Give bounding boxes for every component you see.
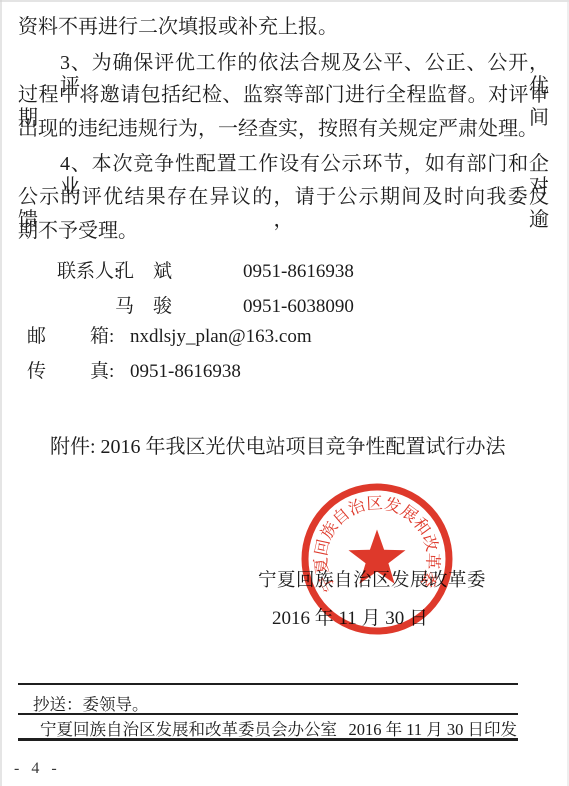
print-date: 2016 年 11 月 30 日印发 — [348, 716, 517, 740]
contact-name: 孔 斌 — [115, 261, 172, 283]
body-line: 出现的违纪违规行为，一经查实，按照有关规定严肃处理。 — [18, 118, 538, 141]
footer-rule-middle — [18, 713, 518, 715]
fax-number: 0951-8616938 — [130, 361, 241, 383]
seal-text: 宁夏回族自治区发展和改革委员会 — [298, 480, 442, 595]
body-line: 资料不再进行二次填报或补充上报。 — [18, 16, 338, 39]
contact-phone: 0951-8616938 — [243, 261, 354, 283]
body-line: 期不予受理。 — [18, 220, 138, 243]
email-label: 箱: — [90, 326, 114, 348]
issuing-office: 宁夏回族自治区发展和改革委员会办公室 — [40, 716, 337, 740]
footer-rule-bottom — [18, 738, 518, 741]
contact-name: 马 骏 — [115, 296, 172, 318]
contact-row: 联系人: 孔 斌 0951-8616938 — [0, 261, 569, 285]
contact-row: 马 骏 0951-6038090 — [0, 296, 569, 320]
fax-label: 真: — [90, 361, 114, 383]
official-seal: 宁夏回族自治区发展和改革委员会 — [298, 480, 456, 638]
fax-label: 传 — [27, 361, 46, 383]
star-icon — [349, 530, 406, 584]
scan-edge-left — [0, 0, 2, 786]
email-label: 邮 — [27, 326, 46, 348]
scan-edge-top — [0, 0, 569, 2]
attachment-line: 附件: 2016 年我区光伏电站项目竞争性配置试行办法 — [50, 430, 506, 459]
page-number: - 4 - — [14, 760, 61, 778]
contact-label: 联系人: — [57, 261, 119, 283]
contact-row-email: 邮 箱: nxdlsjy_plan@163.com — [0, 326, 569, 350]
contact-phone: 0951-6038090 — [243, 296, 354, 318]
footer-rule-top — [18, 683, 518, 685]
copy-to-line: 抄送：委领导。 — [33, 691, 149, 715]
official-document-page: 资料不再进行二次填报或补充上报。 3、为确保评优工作的依法合规及公平、公正、公开… — [0, 0, 569, 786]
contact-row-fax: 传 真: 0951-8616938 — [0, 361, 569, 385]
email-address: nxdlsjy_plan@163.com — [130, 326, 312, 348]
